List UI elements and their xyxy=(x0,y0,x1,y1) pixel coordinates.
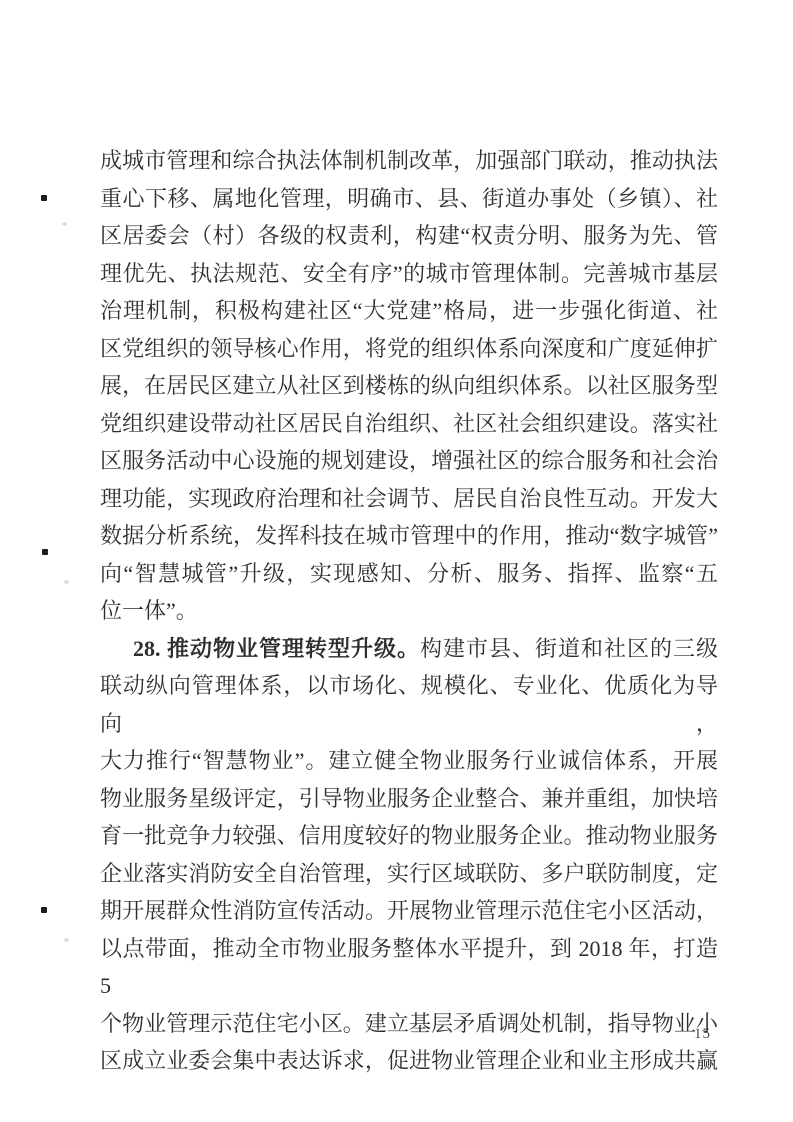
text-line: 联动纵向管理体系，以市场化、规模化、专业化、优质化为导向， xyxy=(100,667,718,742)
text-line: 区成立业委会集中表达诉求，促进物业管理企业和业主形成共赢 xyxy=(100,1042,718,1080)
text-line: 区服务活动中心设施的规划建设，增强社区的综合服务和社会治 xyxy=(100,442,718,480)
text-line: 物业服务星级评定，引导物业服务企业整合、兼并重组，加快培 xyxy=(100,780,718,818)
text-line: 治理机制，积极构建社区“大党建”格局，进一步强化街道、社 xyxy=(100,292,718,330)
text-line: 期开展群众性消防宣传活动。开展物业管理示范住宅小区活动， xyxy=(100,892,718,930)
paragraph-28-heading-line: 28. 推动物业管理转型升级。构建市县、街道和社区的三级 xyxy=(100,630,718,668)
paragraph-28-heading: 28. 推动物业管理转型升级。 xyxy=(133,636,420,661)
text-line: 位一体”。 xyxy=(100,592,718,630)
page-number: 15 xyxy=(694,1026,711,1043)
text-line: 理功能，实现政府治理和社会调节、居民自治良性互动。开发大 xyxy=(100,480,718,518)
document-body: 成城市管理和综合执法体制机制改革，加强部门联动，推动执法 重心下移、属地化管理，… xyxy=(100,142,718,1080)
text-line: 育一批竞争力较强、信用度较好的物业服务企业。推动物业服务 xyxy=(100,817,718,855)
text-line: 重心下移、属地化管理，明确市、县、街道办事处（乡镇）、社 xyxy=(100,180,718,218)
text-line: 数据分析系统，发挥科技在城市管理中的作用，推动“数字城管” xyxy=(100,517,718,555)
scan-speck xyxy=(42,549,48,555)
text-line: 成城市管理和综合执法体制机制改革，加强部门联动，推动执法 xyxy=(100,142,718,180)
scanned-document-page: 成城市管理和综合执法体制机制改革，加强部门联动，推动执法 重心下移、属地化管理，… xyxy=(0,0,793,1122)
text-line: 企业落实消防安全自治管理，实行区域联防、多户联防制度，定 xyxy=(100,855,718,893)
text-line: 构建市县、街道和社区的三级 xyxy=(420,636,718,661)
text-line: 以点带面，推动全市物业服务整体水平提升，到 2018 年，打造 5 xyxy=(100,930,718,1005)
text-line: 区党组织的领导核心作用，将党的组织体系向深度和广度延伸扩 xyxy=(100,330,718,368)
scan-smudge xyxy=(64,938,69,942)
scan-speck xyxy=(41,907,47,913)
text-line: 区居委会（村）各级的权责利，构建“权责分明、服务为先、管 xyxy=(100,217,718,255)
scan-smudge xyxy=(64,580,69,584)
text-line: 党组织建设带动社区居民自治组织、社区社会组织建设。落实社 xyxy=(100,405,718,443)
text-line: 理优先、执法规范、安全有序”的城市管理体制。完善城市基层 xyxy=(100,255,718,293)
scan-smudge xyxy=(62,222,67,226)
text-line: 大力推行“智慧物业”。建立健全物业服务行业诚信体系，开展 xyxy=(100,742,718,780)
scan-speck xyxy=(41,195,47,201)
text-line: 向“智慧城管”升级，实现感知、分析、服务、指挥、监察“五 xyxy=(100,555,718,593)
text-line: 展，在居民区建立从社区到楼栋的纵向组织体系。以社区服务型 xyxy=(100,367,718,405)
text-line: 个物业管理示范住宅小区。建立基层矛盾调处机制，指导物业小 xyxy=(100,1005,718,1043)
